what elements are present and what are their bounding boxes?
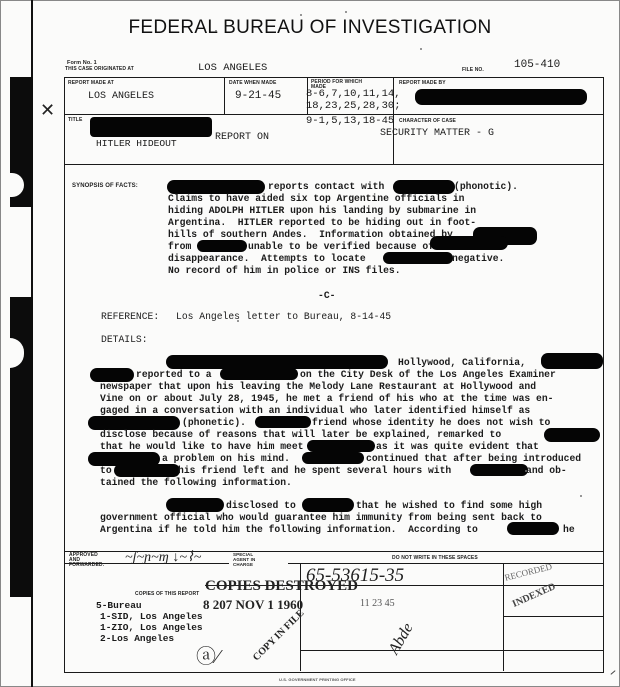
title-line-1: REPORT ON [215,132,269,143]
margin-check-mark: ✕ [40,100,55,121]
case-originated-value: LOS ANGELES [198,62,267,74]
approval-signature: ~ʃ~ɲ~ɱ ↓~⌇~ [125,549,201,566]
details-line: and ob- [526,465,567,477]
reference-label: REFERENCE: [101,311,159,323]
file-no-label: File No. [462,68,484,73]
scan-speck [345,11,347,13]
redaction [255,416,311,428]
redaction [470,464,528,476]
synopsis-line: Claims to have aided six top Argentine o… [168,193,465,205]
details-line: to [100,465,112,477]
details-label: DETAILS: [101,334,148,346]
scan-speck [580,495,582,497]
period-line-2: 18,23,25,28,30; [306,100,401,112]
redaction [302,498,354,512]
details-line: friend whose identity he does not wish t… [312,417,550,429]
details-line: he [563,524,575,536]
details-line: disclosed to [226,500,296,512]
period-line-3: 9-1,5,13,18-45 [306,115,394,127]
received-date-stamp: 11 23 45 [360,598,395,609]
special-agent-label: Special agent in charge [233,552,269,567]
synopsis-line: reports contact with [268,181,384,193]
redaction-title [90,117,212,137]
details-line: Argentina if he told him the following i… [100,524,478,536]
redaction [544,428,600,442]
redaction [307,440,375,452]
file-no-value: 105-410 [514,59,560,71]
title-label: Title [68,118,82,123]
synopsis-line: disappearance. Attempts to locate [168,253,366,265]
redaction [90,368,134,382]
redaction [167,180,265,194]
report-made-at-value: LOS ANGELES [88,91,154,102]
scan-speck [525,470,527,472]
synopsis-line: hiding ADOLPH HITLER upon his landing by… [168,205,476,217]
synopsis-line: from [168,241,191,253]
details-line: tained the following information. [100,477,292,489]
redaction [541,353,603,369]
redaction [220,368,298,380]
details-line: Vine on or about July 28, 1945, he met a… [100,393,553,405]
details-line: a problem on his mind. [162,453,290,465]
details-line: disclose because of reasons that will la… [100,429,501,441]
details-line: on the City Desk of the Los Angeles Exam… [300,369,556,381]
distribution-item: 2-Los Angeles [100,633,174,645]
redaction [166,355,388,369]
details-line: Hollywood, California, [398,357,526,369]
details-line: that he wished to find some high [356,500,542,512]
details-line: as it was quite evident that [376,441,539,453]
date-when-made-value: 9-21-45 [235,90,281,102]
handwritten-initial: ⓐ⁄ [196,640,219,669]
reference-value: Los Angeles letter to Bureau, 8-14-45 [176,311,391,323]
redaction [393,180,455,194]
synopsis-label: Synopsis of facts: [72,184,138,189]
synopsis-line: negative. [452,253,504,265]
divider [300,650,604,651]
synopsis-line: Argentina. HITLER reported to be hiding … [168,217,476,229]
report-made-by-label: Report made by [399,81,446,86]
details-line: (phonetic). [182,417,246,429]
redaction [197,240,247,252]
redaction [88,416,180,430]
printer-line: U.S. GOVERNMENT PRINTING OFFICE [279,677,356,682]
redaction [302,452,364,464]
redaction [166,498,224,512]
redaction [430,236,508,250]
title-line-2: HITLER HIDEOUT [96,138,177,149]
divider [503,616,603,617]
details-line: government official who would guarantee … [100,512,542,524]
divider [64,164,604,165]
scan-speck [300,14,302,16]
character-value: SECURITY MATTER - G [380,128,494,139]
redaction-report-made-by [415,89,587,105]
divider [224,77,225,114]
report-made-at-label: Report made at [68,81,114,86]
scan-speck [420,48,422,50]
copies-destroyed-stamp: COPIES DESTROYED [205,578,358,595]
date-when-made-label: Date when made [229,81,276,86]
do-not-write-label: Do not write in these spaces [392,556,478,561]
details-line: his friend left and he spent several hou… [178,465,451,477]
synopsis-line: (phonotic). [454,181,518,193]
destroyed-date-stamp: 8 207 NOV 1 1960 [203,597,303,613]
redaction [507,522,559,535]
character-label: Character of case [399,119,456,124]
period-line-1: 8-6,7,10,11,14, [306,88,401,100]
copies-label: Copies of this report [135,592,199,597]
synopsis-line: No record of him in police or INS files. [168,265,401,277]
scan-speck [215,30,217,32]
redaction [114,464,180,477]
synopsis-separator: -C- [318,290,335,302]
details-line: newspaper that upon his leaving the Melo… [100,381,536,393]
approved-label: Approved and forwarded: [69,553,109,568]
agency-title: FEDERAL BUREAU OF INVESTIGATION [0,17,620,39]
details-line: reported to a [136,369,212,381]
case-originated-label: This case originated at [65,67,134,72]
scan-speck [237,320,239,322]
redaction [383,252,453,264]
